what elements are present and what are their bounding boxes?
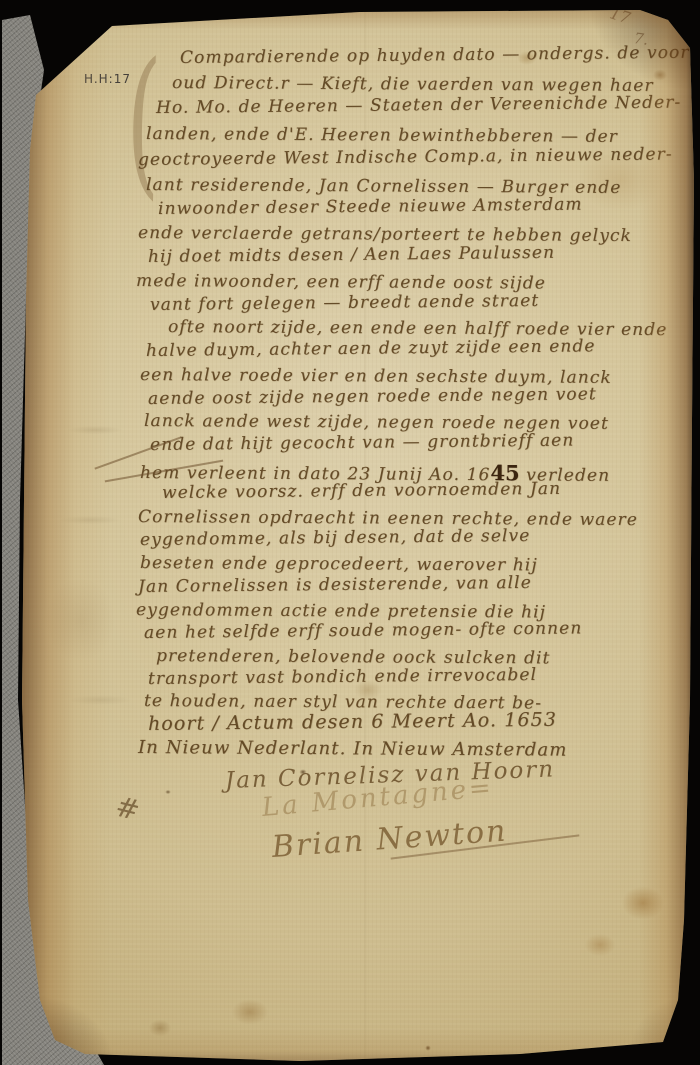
- manuscript-page: H.H:17 17 7. ( Compardierende op huyden …: [0, 0, 700, 1065]
- manuscript-photo: H.H:17 17 7. ( Compardierende op huyden …: [0, 0, 700, 1065]
- scorched-edges: [0, 0, 700, 1065]
